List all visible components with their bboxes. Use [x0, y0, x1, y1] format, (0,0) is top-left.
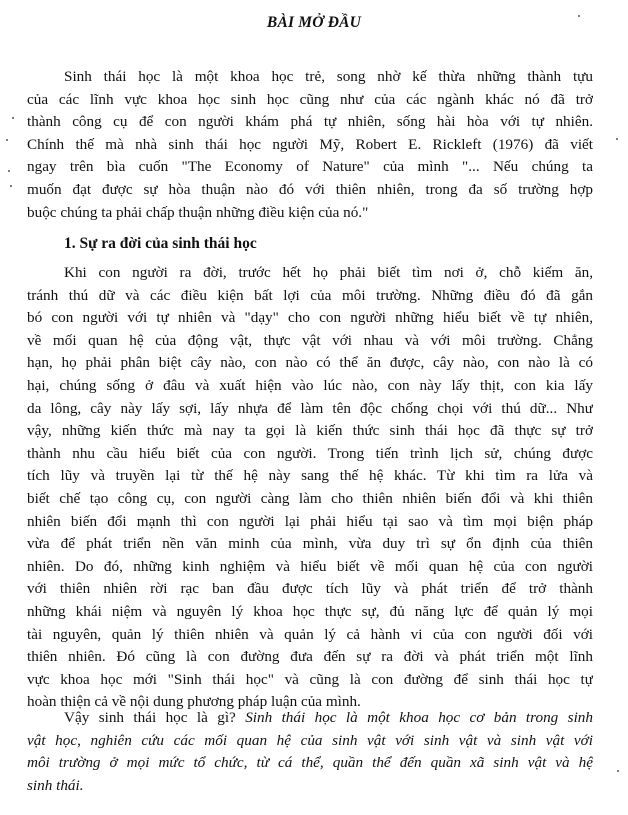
paragraph-line: nhiên biến đổi mạnh thì con người lại ph…: [27, 511, 593, 534]
paragraph-line: tích lũy và truyền lại từ thế hệ này san…: [27, 465, 593, 488]
page-title: BÀI MỞ ĐẦU: [0, 14, 628, 32]
paragraph-line: với thiên nhiên rời rạc ban đầu được tíc…: [27, 578, 593, 601]
scan-speck: [10, 185, 12, 187]
paragraph-line: Sinh thái học là một khoa học trẻ, song …: [27, 66, 593, 89]
paragraph-line: vực khoa học mới "Sinh thái học" và cũng…: [27, 669, 593, 692]
definition-lead: Vậy sinh thái học là gì?: [64, 709, 245, 726]
scan-speck: [12, 117, 14, 119]
definition-italic: Sinh thái học là một khoa học cơ bản tro…: [245, 709, 593, 726]
scan-speck: [578, 15, 580, 17]
paragraph-line: Khi con người ra đời, trước hết họ phải …: [27, 262, 593, 285]
paragraph-line: Chính thế mà nhà sinh thái học người Mỹ,…: [27, 134, 593, 157]
paragraph-line: vừa để phát triển nền văn minh của mình,…: [27, 533, 593, 556]
paragraph-line: về mối quan hệ của động vật, thực vật vớ…: [27, 330, 593, 353]
paragraph-line: tài nguyên, quản lý thiên nhiên và quản …: [27, 624, 593, 647]
paragraph-line: biết chế tạo công cụ, con người càng làm…: [27, 488, 593, 511]
paragraph-line: Vậy sinh thái học là gì? Sinh thái học l…: [27, 707, 593, 730]
paragraph-line: thành nhu cầu hiểu biết của con người. T…: [27, 443, 593, 466]
definition-paragraph: Vậy sinh thái học là gì? Sinh thái học l…: [27, 707, 593, 797]
paragraph-line: bó con người với tự nhiên và "dạy" cho c…: [27, 307, 593, 330]
paragraph-line: thành công cụ để con người khám phá tự n…: [27, 111, 593, 134]
paragraph-line: vật học, nghiên cứu các mối quan hệ của …: [27, 730, 593, 753]
paragraph-line: ngay trên bìa cuốn "The Economy of Natur…: [27, 156, 593, 179]
section-heading: 1. Sự ra đời của sinh thái học: [64, 233, 257, 255]
paragraph-line: những khái niệm và nguyên lý khoa học th…: [27, 601, 593, 624]
section1-paragraph: Khi con người ra đời, trước hết họ phải …: [27, 262, 593, 714]
paragraph-line: sinh thái.: [27, 775, 593, 798]
intro-paragraph: Sinh thái học là một khoa học trẻ, song …: [27, 66, 593, 224]
scan-speck: [6, 139, 8, 141]
paragraph-line: môi trường ở mọi mức tổ chức, từ cá thể,…: [27, 752, 593, 775]
document-page: BÀI MỞ ĐẦU Sinh thái học là một khoa học…: [0, 0, 628, 815]
paragraph-line: da lông, cây này lấy sợi, lấy nhựa để là…: [27, 398, 593, 421]
paragraph-line: muốn đạt được sự hòa thuận nào đó với th…: [27, 179, 593, 202]
paragraph-line: vậy, những kiến thức mà nay ta gọi là ki…: [27, 420, 593, 443]
scan-speck: [617, 770, 619, 772]
paragraph-line: nhiên. Do đó, những kinh nghiệm và hiểu …: [27, 556, 593, 579]
paragraph-line: buộc chúng ta phải chấp thuận những điều…: [27, 202, 593, 225]
paragraph-line: của các lĩnh vực khoa học sinh học cũng …: [27, 89, 593, 112]
paragraph-line: tránh thú dữ và các điều kiện bất lợi củ…: [27, 285, 593, 308]
scan-speck: [616, 138, 618, 140]
paragraph-line: thiên nhiên. Đó cũng là con đường đưa đế…: [27, 646, 593, 669]
paragraph-line: hại, chúng sống ở đâu và xuất hiện vào l…: [27, 375, 593, 398]
scan-speck: [8, 170, 10, 172]
paragraph-line: hạn, họ phải phân biệt cây nào, con nào …: [27, 352, 593, 375]
